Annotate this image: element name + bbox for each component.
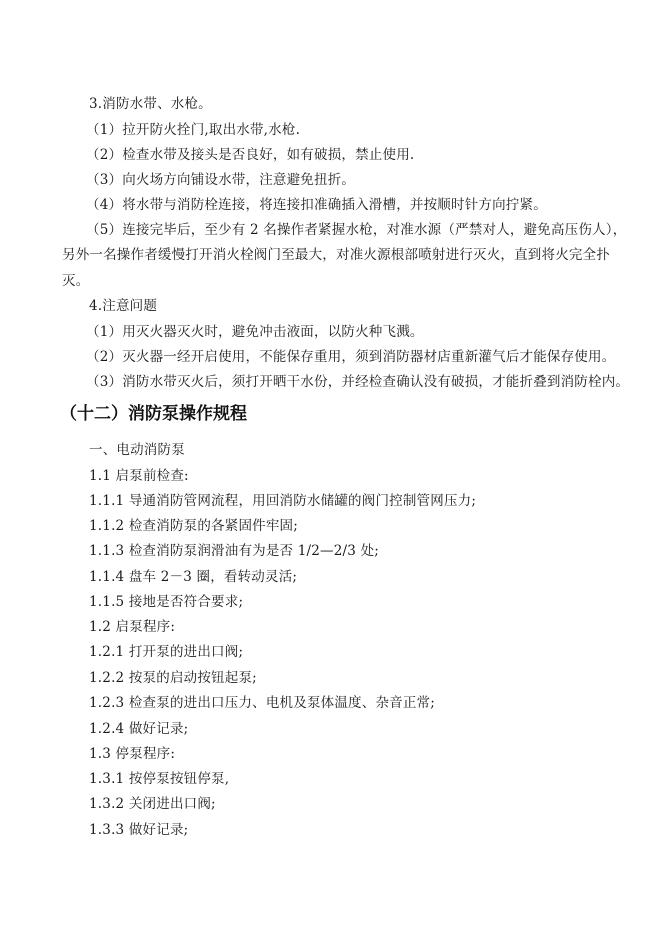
section-4-title: 4.注意问题 [89, 297, 157, 315]
chapter-subheading: 一、电动消防泵 [89, 441, 185, 459]
section-4-item: （3）消防水带灭火后，须打开晒干水份，并经检查确认没有破损，才能折叠到消防栓内。 [86, 373, 629, 391]
procedure-line: 1.1.5 接地是否符合要求; [89, 593, 243, 611]
section-3-step: （2）检查水带及接头是否良好，如有破损，禁止使用. [86, 146, 414, 164]
procedure-line: 1.1 启泵前检查: [89, 467, 189, 485]
procedure-line: 1.2.4 做好记录; [89, 720, 188, 738]
section-4-item: （1）用灭火器灭火时，避免冲击液面，以防火种飞溅。 [86, 323, 424, 341]
section-4-item: （2）灭火器一经开启使用，不能保存重用，须到消防器材店重新灌气后才能保存使用。 [86, 348, 615, 366]
procedure-line: 1.2.3 检查泵的进出口压力、电机及泵体温度、杂音正常; [89, 694, 435, 712]
section-3-step-continuation: 另外一名操作者缓慢打开消火栓阀门至最大，对准火源根部喷射进行灭火，直到将火完全扑 [62, 246, 610, 264]
procedure-line: 1.1.3 检查消防泵润滑油有为是否 1/2—2/3 处; [89, 542, 379, 560]
section-3-step: （3）向火场方向铺设水带，注意避免扭折。 [86, 171, 355, 189]
procedure-line: 1.2.2 按泵的启动按钮起泵; [89, 669, 257, 687]
procedure-line: 1.1.1 导通消防管网流程，用回消防水储罐的阀门控制管网压力; [89, 492, 476, 510]
section-3-step: （5）连接完毕后，至少有 2 名操作者紧握水枪，对准水源（严禁对人，避免高压伤人… [86, 221, 626, 239]
section-3-title: 3.消防水带、水枪。 [89, 95, 212, 113]
section-3-step: （1）拉开防火拴门,取出水带,水枪. [86, 121, 300, 139]
section-3-step: （4）将水带与消防栓连接，将连接扣准确插入滑槽，并按顺时针方向拧紧。 [86, 196, 547, 214]
procedure-line: 1.1.4 盘车 2－3 圈，看转动灵活; [89, 568, 297, 586]
procedure-line: 1.3 停泵程序: [89, 745, 175, 763]
document-page: 3.消防水带、水枪。 （1）拉开防火拴门,取出水带,水枪. （2）检查水带及接头… [0, 0, 660, 933]
section-3-step-continuation: 灭。 [62, 272, 89, 290]
procedure-line: 1.2.1 打开泵的进出口阀; [89, 643, 243, 661]
procedure-line: 1.3.2 关闭进出口阀; [89, 795, 216, 813]
chapter-heading: （十二）消防泵操作规程 [60, 403, 247, 425]
procedure-line: 1.1.2 检查消防泵的各紧固件牢固; [89, 517, 298, 535]
procedure-line: 1.3.3 做好记录; [89, 821, 188, 839]
procedure-line: 1.2 启泵程序: [89, 618, 175, 636]
procedure-line: 1.3.1 按停泵按钮停泵, [89, 770, 229, 788]
